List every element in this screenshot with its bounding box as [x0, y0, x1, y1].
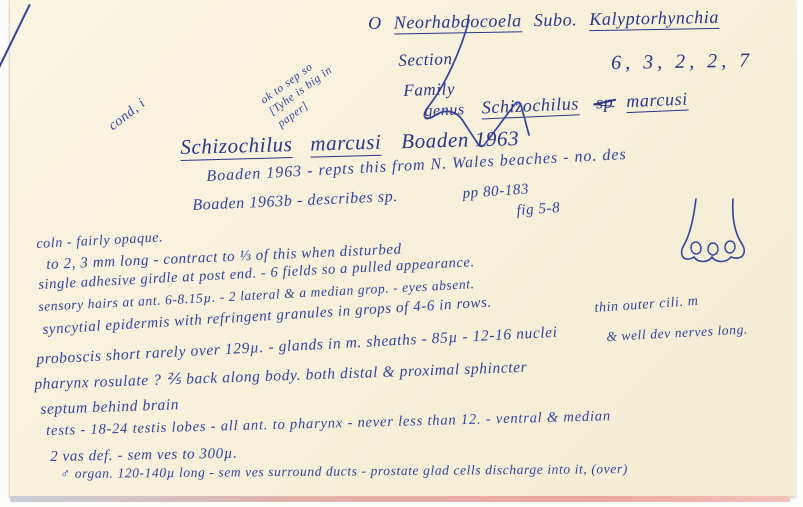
posterior-end-sketch-icon: [674, 197, 760, 269]
reference-line-2: Boaden 1963b - describes sp.: [192, 188, 398, 215]
note-line: coln - fairly opaque.: [36, 230, 164, 252]
note-line-right: & well dev nerves long.: [606, 323, 748, 345]
note-line: ♂ organ. 120-140µ long - sem ves surroun…: [60, 462, 628, 482]
pen-flourish-stroke: [395, 16, 585, 144]
scanned-index-card-page: ONeorhabdocoelaSubo.Kalyptorhynchia Sect…: [0, 0, 803, 507]
note-line-right: thin outer cili. m: [594, 294, 699, 317]
index-card: ONeorhabdocoelaSubo.Kalyptorhynchia Sect…: [9, 0, 796, 497]
note-line: 2 vas def. - sem ves to 300µ.: [50, 446, 238, 466]
note-line: septum behind brain: [40, 396, 179, 418]
struck-word: sp: [596, 93, 614, 114]
suborder-name: Kalyptorhynchia: [589, 7, 719, 31]
taxon-code: 6, 3, 2, 2, 7: [611, 50, 753, 74]
reference-pages: pp 80-183: [462, 181, 530, 202]
diagonal-annotation: ok to sep so [Tyhe is big in paper]: [258, 45, 353, 130]
title-species: marcusi: [310, 130, 382, 158]
margin-note: cond, i: [106, 96, 149, 134]
title-author: Boaden 1963: [401, 126, 520, 153]
order-prefix: O: [368, 13, 382, 33]
margin-slash-stroke: [0, 4, 31, 82]
species-name: marcusi: [626, 89, 688, 114]
title-genus: Schizochilus: [180, 132, 293, 161]
card-bottom-edge: [10, 496, 790, 502]
reference-figures: fig 5-8: [516, 200, 561, 220]
